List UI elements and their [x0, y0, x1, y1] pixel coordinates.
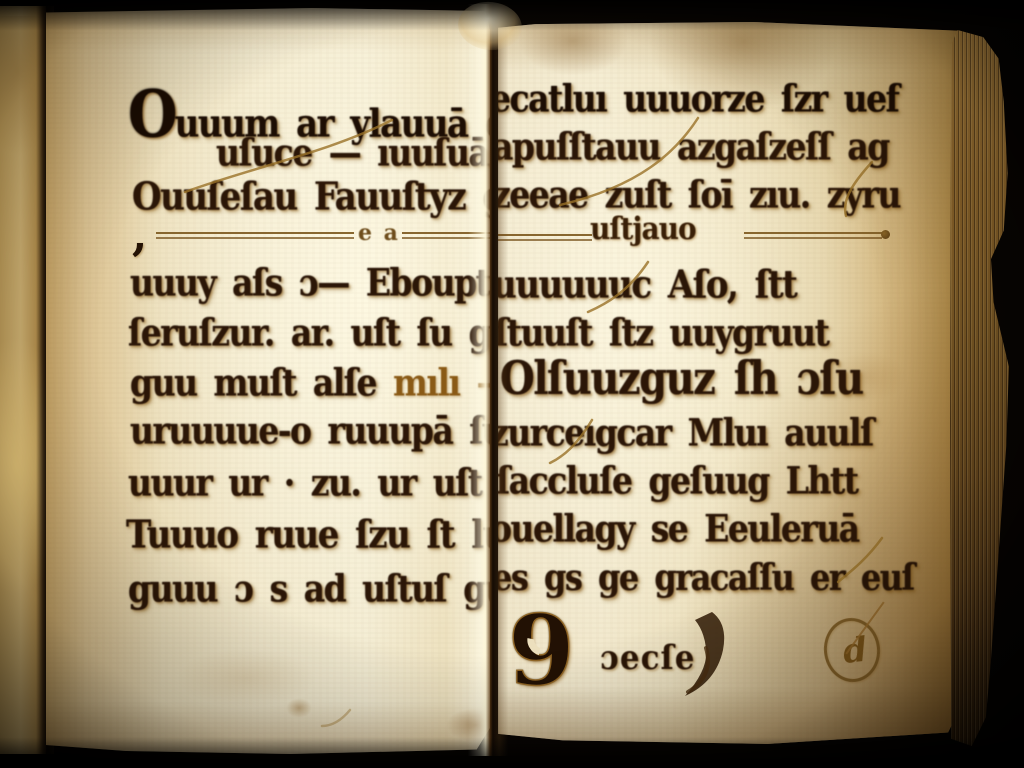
stain	[446, 708, 490, 742]
divider-rule	[498, 234, 592, 241]
text-line: uruuuue-o ruuupā ſuz	[130, 408, 490, 452]
divider-lead-mark: ,	[132, 210, 147, 261]
text-line: ecatluı uuuorze ſzr uef	[498, 76, 898, 120]
text-line: es gs ge gracaſſu er euſ	[498, 556, 914, 599]
paraph-letter: d	[841, 630, 869, 672]
text-line: Ouuſeſau Fauuſtyz ga	[132, 174, 490, 220]
divider-rule	[402, 232, 490, 239]
divider-rule	[744, 232, 882, 239]
text-line: ſtuuſt ſtz uuygruut	[498, 310, 828, 354]
text-line: uuur ur · zu. ur uſt m	[128, 460, 490, 504]
text-segment-brown-ink: mılı —	[393, 360, 490, 404]
text-line: Olſuuzguz ſh ɔſu	[500, 352, 863, 406]
text-line: uuuy aſs ɔ— Ebouptu gu	[130, 260, 490, 304]
text-line: apuſſtauu azgaſzeſſ ag	[498, 124, 889, 168]
manuscript-photo: Ouuum ar ylauuā ea uſuce — ıuuſuā az Ouu…	[0, 0, 1024, 768]
text-line: zurceıgcar Mluı auulſ	[498, 410, 873, 454]
left-page: Ouuum ar ylauuā ea uſuce — ıuuſuā az Ouu…	[46, 8, 490, 754]
text-line: Tuuuo ruue ſzu ſt luz	[126, 512, 490, 558]
text-line: ouellagy se Eeuleruā	[498, 506, 859, 550]
drop-initial: O	[128, 76, 175, 152]
stain	[286, 698, 312, 718]
text-segment: guu muſt alſe	[130, 360, 393, 404]
text-line: ſeruſzur. ar. uſt ſu guz	[128, 310, 490, 354]
text-line: ſaccluſe geſuug Lhtt	[498, 458, 857, 502]
stain	[518, 22, 628, 76]
word-on-divider: uſtjauo	[590, 210, 696, 246]
text-line: uuuuuuc Aſo, ſtt	[498, 262, 796, 308]
divider-ornaments: e a	[358, 220, 400, 246]
fore-edge-page-stack	[950, 30, 1014, 746]
text-line: guuu ɔ s ad uſtuſ gu	[128, 566, 490, 610]
text-line: uſuce — ıuuſuā az	[216, 130, 490, 174]
paraph-circle-ornament: d	[821, 615, 883, 685]
text-line: guu muſt alſe mılı —	[130, 360, 490, 404]
ornament-letters: ɔecſe	[600, 638, 696, 678]
divider-rule	[156, 232, 354, 239]
stain	[176, 648, 316, 708]
right-page: ecatluı uuuorze ſzr uef apuſſtauu azgaſz…	[498, 22, 962, 744]
divider-end-dot	[881, 230, 890, 239]
text-line: zeeae zuſt ſoī zıu. zyru	[498, 172, 900, 216]
